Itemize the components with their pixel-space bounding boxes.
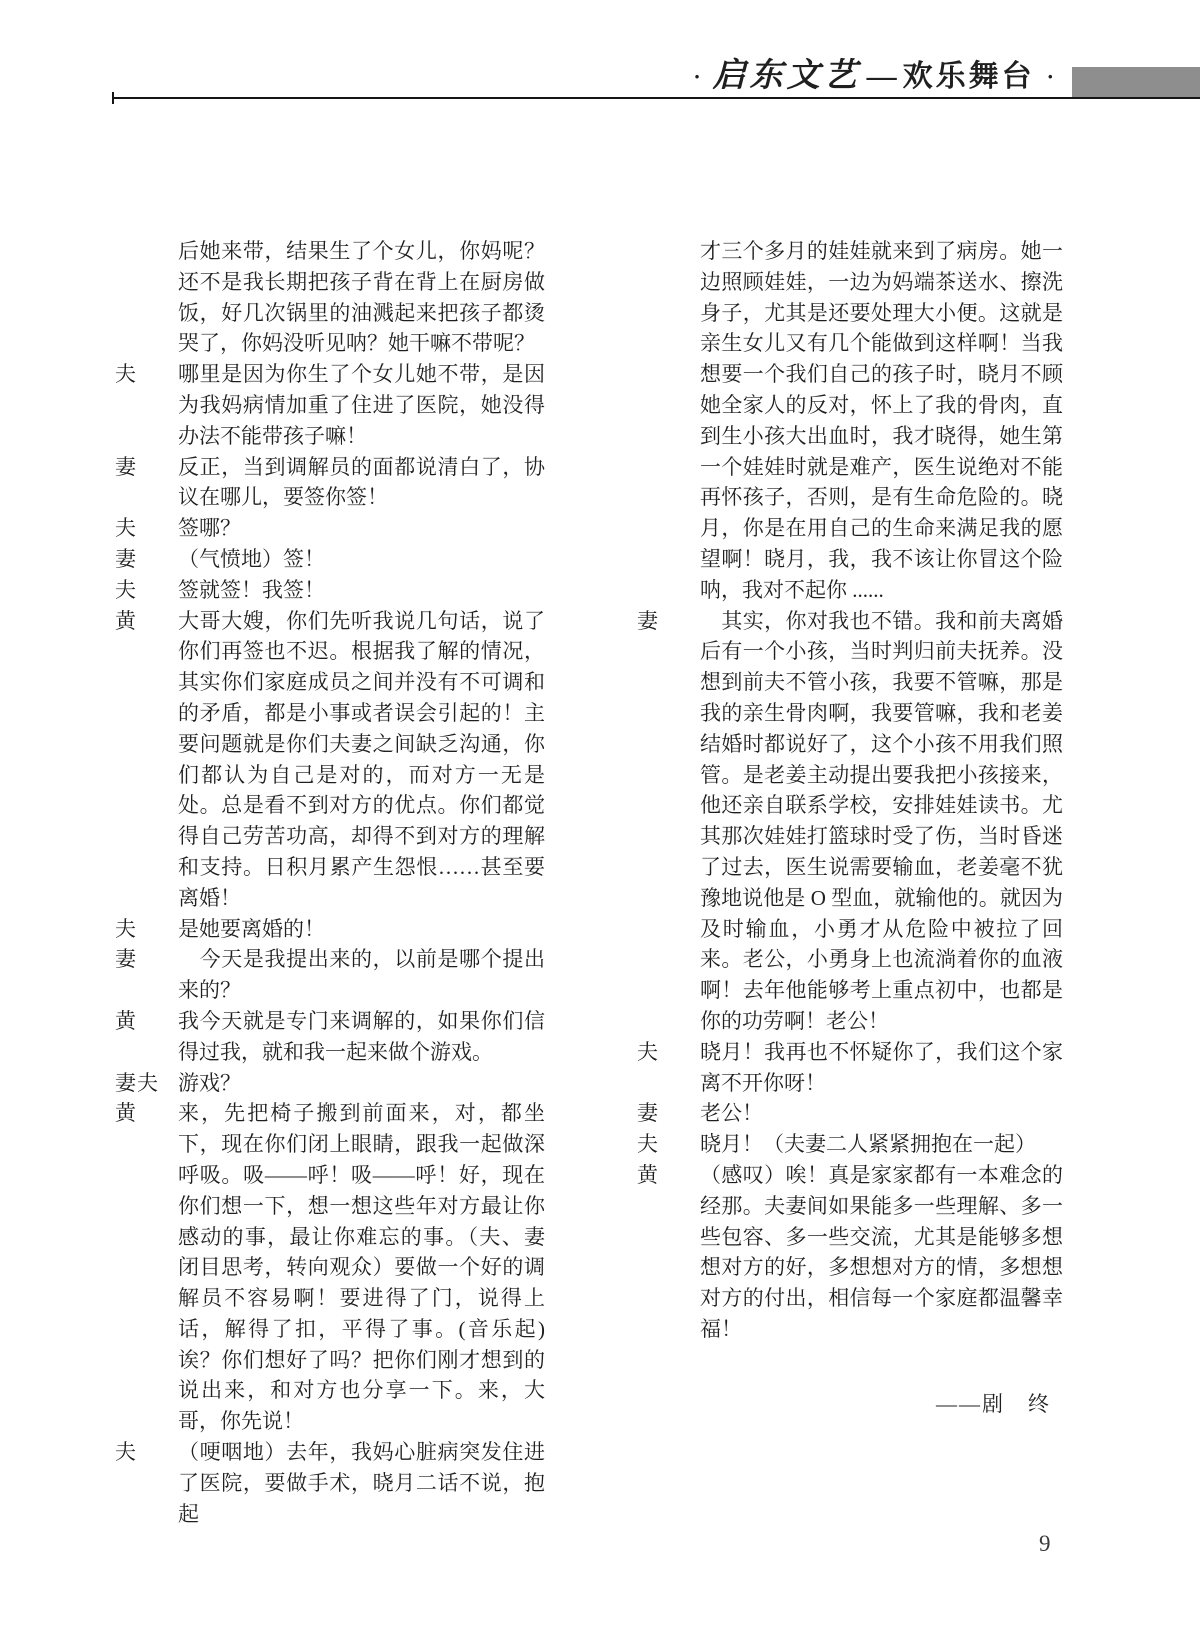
- speech-text: 我今天就是专门来调解的，如果你们信得过我，就和我一起来做个游戏。: [178, 1006, 545, 1068]
- speech-text: 才三个多月的娃娃就来到了病房。她一边照顾娃娃，一边为妈端茶送水、擦洗身子，尤其是…: [700, 236, 1063, 606]
- header-bullet-left-icon: ·: [693, 66, 700, 88]
- speech-husband: 夫 签就签！我签！: [115, 575, 545, 606]
- speaker-label: 黄: [115, 606, 178, 637]
- speech-continuation: 才三个多月的娃娃就来到了病房。她一边照顾娃娃，一边为妈端茶送水、擦洗身子，尤其是…: [637, 236, 1063, 606]
- speaker-label: 妻夫: [115, 1068, 178, 1099]
- script-columns: 后她来带，结果生了个女儿，你妈呢？还不是我长期把孩子背在背上在厨房做饭，好几次锅…: [115, 236, 1063, 1529]
- speech-text: 是她要离婚的！: [178, 914, 545, 945]
- magazine-title: 启东文艺: [713, 60, 861, 93]
- speech-text: （气愤地）签！: [178, 544, 545, 575]
- speech-text: 大哥大嫂，你们先听我说几句话，说了你们再签也不迟。根据我了解的情况，其实你们家庭…: [178, 606, 545, 914]
- speaker-label: 夫: [115, 513, 178, 544]
- speech-text: 晓月！我再也不怀疑你了，我们这个家离不开你呀！: [700, 1037, 1063, 1099]
- header-rule: [113, 97, 1200, 99]
- speaker-label: 黄: [637, 1160, 700, 1191]
- speech-text: （感叹）唉！真是家家都有一本难念的经那。夫妻间如果能多一些理解、多一些包容、多一…: [700, 1160, 1063, 1345]
- speech-text: 晓月！（夫妻二人紧紧拥抱在一起）: [700, 1129, 1063, 1160]
- page-number: 9: [1039, 1531, 1051, 1557]
- speech-huang: 黄 来，先把椅子搬到前面来，对，都坐下，现在你们闭上眼睛，跟我一起做深呼吸。吸—…: [115, 1098, 545, 1437]
- speaker-label: 夫: [637, 1129, 700, 1160]
- speaker-label: 妻: [115, 452, 178, 483]
- header-corner-block: [1072, 67, 1200, 99]
- speaker-label: 妻: [115, 544, 178, 575]
- speech-wife: 妻 其实，你对我也不错。我和前夫离婚后有一个小孩，当时判归前夫抚养。没想到前夫不…: [637, 606, 1063, 1037]
- speaker-label: 夫: [115, 1437, 178, 1468]
- speech-husband: 夫 晓月！（夫妻二人紧紧拥抱在一起）: [637, 1129, 1063, 1160]
- speech-huang: 黄 我今天就是专门来调解的，如果你们信得过我，就和我一起来做个游戏。: [115, 1006, 545, 1068]
- speech-text: 其实，你对我也不错。我和前夫离婚后有一个小孩，当时判归前夫抚养。没想到前夫不管小…: [700, 606, 1063, 1037]
- speech-text: 老公！: [700, 1098, 1063, 1129]
- speech-text: 签就签！我签！: [178, 575, 545, 606]
- speech-huang: 黄 （感叹）唉！真是家家都有一本难念的经那。夫妻间如果能多一些理解、多一些包容、…: [637, 1160, 1063, 1345]
- header-bullet-right-icon: ·: [1047, 66, 1054, 88]
- speech-husband: 夫 签哪？: [115, 513, 545, 544]
- speaker-label: 妻: [637, 1098, 700, 1129]
- speech-huang: 黄 大哥大嫂，你们先听我说几句话，说了你们再签也不迟。根据我了解的情况，其实你们…: [115, 606, 545, 914]
- masthead: · 启东文艺 — 欢乐舞台 ·: [693, 60, 1054, 93]
- speaker-label: 夫: [637, 1037, 700, 1068]
- left-column: 后她来带，结果生了个女儿，你妈呢？还不是我长期把孩子背在背上在厨房做饭，好几次锅…: [115, 236, 545, 1529]
- speaker-label: 黄: [115, 1098, 178, 1129]
- right-column: 才三个多月的娃娃就来到了病房。她一边照顾娃娃，一边为妈端茶送水、擦洗身子，尤其是…: [637, 236, 1063, 1529]
- speech-text: 游戏？: [178, 1068, 545, 1099]
- speech-text: （哽咽地）去年，我妈心脏病突发住进了医院，要做手术，晓月二话不说，抱起: [178, 1437, 545, 1529]
- speech-husband: 夫 是她要离婚的！: [115, 914, 545, 945]
- magazine-page: { "header": { "bullet_left": "·", "magaz…: [0, 0, 1200, 1639]
- speech-text: 来，先把椅子搬到前面来，对，都坐下，现在你们闭上眼睛，跟我一起做深呼吸。吸——呼…: [178, 1098, 545, 1437]
- speech-wife: 妻 今天是我提出来的，以前是哪个提出来的？: [115, 944, 545, 1006]
- speech-text: 今天是我提出来的，以前是哪个提出来的？: [178, 944, 545, 1006]
- speech-text: 签哪？: [178, 513, 545, 544]
- speech-text: 后她来带，结果生了个女儿，你妈呢？还不是我长期把孩子背在背上在厨房做饭，好几次锅…: [178, 236, 545, 359]
- speaker-label: 妻: [115, 944, 178, 975]
- speaker-label: 黄: [115, 1006, 178, 1037]
- speech-wife: 妻 （气愤地）签！: [115, 544, 545, 575]
- speech-continuation: 后她来带，结果生了个女儿，你妈呢？还不是我长期把孩子背在背上在厨房做饭，好几次锅…: [115, 236, 545, 359]
- speaker-label: 妻: [637, 606, 700, 637]
- speech-husband: 夫 （哽咽地）去年，我妈心脏病突发住进了医院，要做手术，晓月二话不说，抱起: [115, 1437, 545, 1529]
- speech-wife: 妻 老公！: [637, 1098, 1063, 1129]
- title-separator: —: [867, 62, 897, 92]
- speech-husband: 夫 哪里是因为你生了个女儿她不带，是因为我妈病情加重了住进了医院，她没得办法不能…: [115, 359, 545, 451]
- speech-wife: 妻 反正，当到调解员的面都说清白了，协议在哪儿，要签你签！: [115, 452, 545, 514]
- speech-text: 哪里是因为你生了个女儿她不带，是因为我妈病情加重了住进了医院，她没得办法不能带孩…: [178, 359, 545, 451]
- speaker-label: 夫: [115, 575, 178, 606]
- speech-husband: 夫 晓月！我再也不怀疑你了，我们这个家离不开你呀！: [637, 1037, 1063, 1099]
- speaker-label: 夫: [115, 359, 178, 390]
- section-title: 欢乐舞台: [903, 62, 1035, 92]
- speech-wife-husband: 妻夫 游戏？: [115, 1068, 545, 1099]
- speaker-label: 夫: [115, 914, 178, 945]
- speech-text: 反正，当到调解员的面都说清白了，协议在哪儿，要签你签！: [178, 452, 545, 514]
- ending-mark: ——剧 终: [637, 1389, 1063, 1420]
